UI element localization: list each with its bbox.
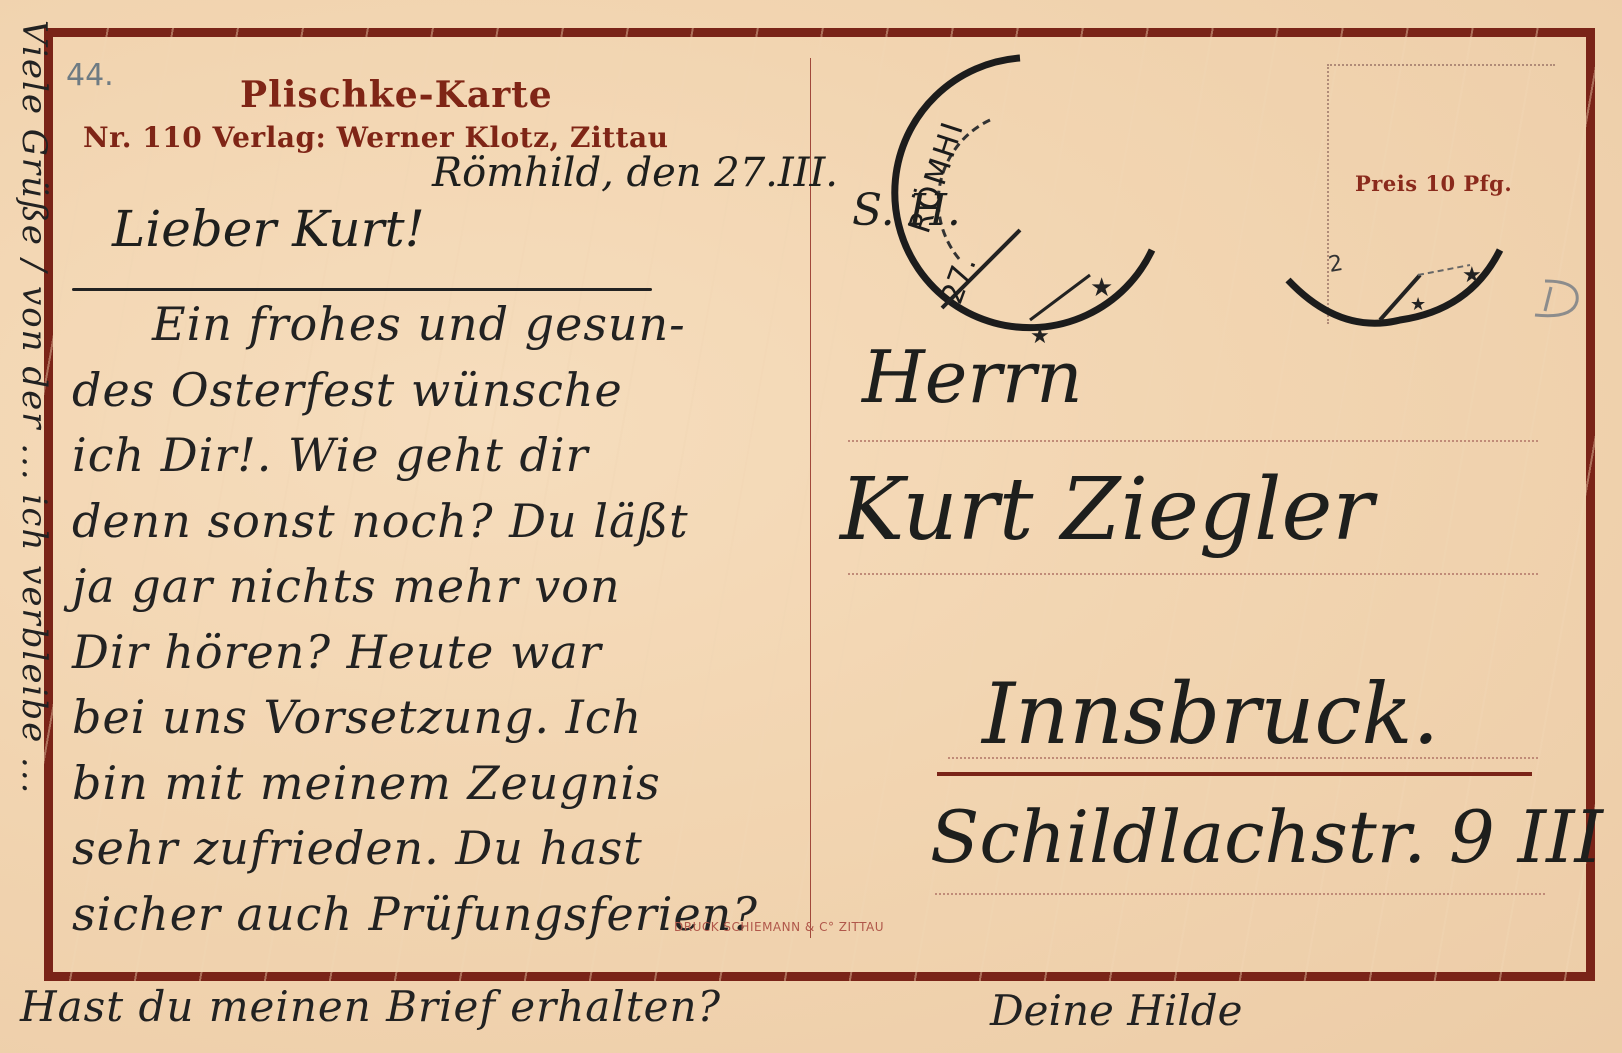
message-line: bei uns Vorsetzung. Ich [72,685,802,751]
address-line [848,573,1538,575]
message-line: des Osterfest wünsche [72,358,802,424]
salutation: Lieber Kurt! [112,200,425,258]
postmark-date: 2 [1327,251,1345,278]
svg-text:★: ★ [1090,273,1113,303]
sender-initials: S. H. [852,185,961,236]
message-line: bin mit meinem Zeugnis [72,751,802,817]
signoff: Deine Hilde [990,986,1242,1035]
svg-text:★: ★ [1462,263,1482,288]
recipient-name: Kurt Ziegler [840,460,1373,560]
place-date: Römhild, den 27.III. [432,150,838,196]
card-title: Plischke-Karte [240,74,553,116]
pencil-mark-icon [1525,275,1585,325]
address-line [848,440,1538,442]
salutation-underline [72,288,652,291]
postmark-icon: ★ ★ 2 [1280,220,1530,330]
recipient-street: Schildlachstr. 9 III [930,795,1603,879]
message-line: sehr zufrieden. Du hast [72,816,802,882]
address-underline [937,772,1532,776]
margin-vertical-text: Viele Grüße / von der ... ich verbleibe … [14,20,54,795]
svg-text:★: ★ [1410,294,1426,315]
message-line: denn sonst noch? Du läßt [72,489,802,555]
printer-imprint: DRUCK SCHIEMANN & C° ZITTAU [674,920,884,934]
address-line [935,893,1545,895]
message-line: sicher auch Prüfungsferien? [72,882,802,948]
message-line: Ein frohes und gesun- [72,292,802,358]
bottom-line: Hast du meinen Brief erhalten? [20,982,721,1031]
address-salutation: Herrn [862,335,1083,419]
stamp-price-label: Preis 10 Pfg. [1355,171,1512,196]
card-number-pencil: 44. [66,58,114,93]
message-line: ja gar nichts mehr von [72,554,802,620]
message-line: ich Dir!. Wie geht dir [72,423,802,489]
postcard: 44. Plischke-Karte Nr. 110 Verlag: Werne… [0,0,1622,1053]
postmark-date: 27. [935,252,984,309]
message-line: Dir hören? Heute war [72,620,802,686]
recipient-city: Innsbruck. [982,665,1439,763]
message-body: Ein frohes und gesun- des Osterfest wüns… [72,292,802,947]
